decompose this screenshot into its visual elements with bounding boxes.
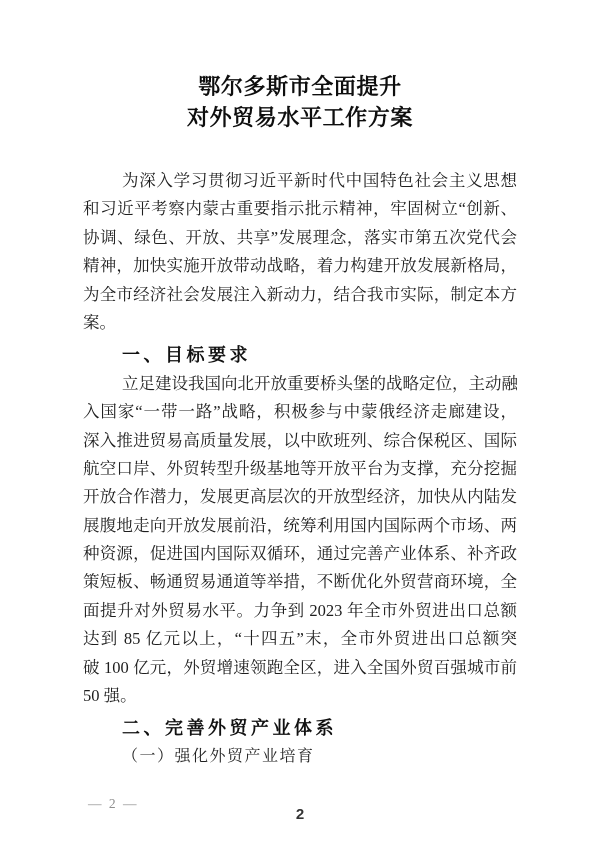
body-line: 达到 85 亿元以上，“十四五”末，全市外贸进出口总额突: [83, 625, 517, 653]
paragraph-intro: 为深入学习贯彻习近平新时代中国特色社会主义思想 和习近平考察内蒙古重要指示批示精…: [83, 167, 517, 337]
document-page: 鄂尔多斯市全面提升 对外贸易水平工作方案 为深入学习贯彻习近平新时代中国特色社会…: [0, 0, 600, 848]
section-heading-2: 二、完善外贸产业体系: [83, 714, 517, 742]
subsection-heading-1: （一）强化外贸产业培育: [83, 743, 517, 771]
body-line: 种资源，促进国内国际双循环，通过完善产业体系、补齐政: [83, 540, 517, 568]
paragraph-goals: 立足建设我国向北开放重要桥头堡的战略定位，主动融 入国家“一带一路”战略，积极参…: [83, 370, 517, 711]
body-line: 展腹地走向开放发展前沿，统筹利用国内国际两个市场、两: [83, 512, 517, 540]
section-heading-1: 一、目标要求: [83, 341, 517, 369]
body-line: 精神，加快实施开放带动战略，着力构建开放发展新格局，: [83, 252, 517, 280]
body-line: 案。: [83, 309, 517, 337]
body-line: 面提升对外贸易水平。力争到 2023 年全市外贸进出口总额: [83, 597, 517, 625]
document-title: 鄂尔多斯市全面提升 对外贸易水平工作方案: [0, 71, 600, 133]
body-line: 和习近平考察内蒙古重要指示批示精神，牢固树立“创新、: [83, 195, 517, 223]
body-line: 为全市经济社会发展注入新动力，结合我市实际，制定本方: [83, 281, 517, 309]
body-line: 开放合作潜力，发展更高层次的开放型经济，加快从内陆发: [83, 483, 517, 511]
body-line: 协调、绿色、开放、共享”发展理念，落实市第五次党代会: [83, 224, 517, 252]
title-line-1: 鄂尔多斯市全面提升: [0, 71, 600, 102]
body-line: 入国家“一带一路”战略，积极参与中蒙俄经济走廊建设，: [83, 398, 517, 426]
document-body: 为深入学习贯彻习近平新时代中国特色社会主义思想 和习近平考察内蒙古重要指示批示精…: [83, 167, 517, 771]
title-line-2: 对外贸易水平工作方案: [0, 102, 600, 133]
body-line: 立足建设我国向北开放重要桥头堡的战略定位，主动融: [83, 370, 517, 398]
body-line: 破 100 亿元，外贸增速领跑全区，进入全国外贸百强城市前: [83, 654, 517, 682]
body-line: 50 强。: [83, 682, 517, 710]
body-line: 为深入学习贯彻习近平新时代中国特色社会主义思想: [83, 167, 517, 195]
body-line: 深入推进贸易高质量发展，以中欧班列、综合保税区、国际: [83, 427, 517, 455]
body-line: 策短板、畅通贸易通道等举措，不断优化外贸营商环境，全: [83, 568, 517, 596]
page-number: 2: [0, 806, 600, 823]
body-line: 航空口岸、外贸转型升级基地等开放平台为支撑，充分挖掘: [83, 455, 517, 483]
